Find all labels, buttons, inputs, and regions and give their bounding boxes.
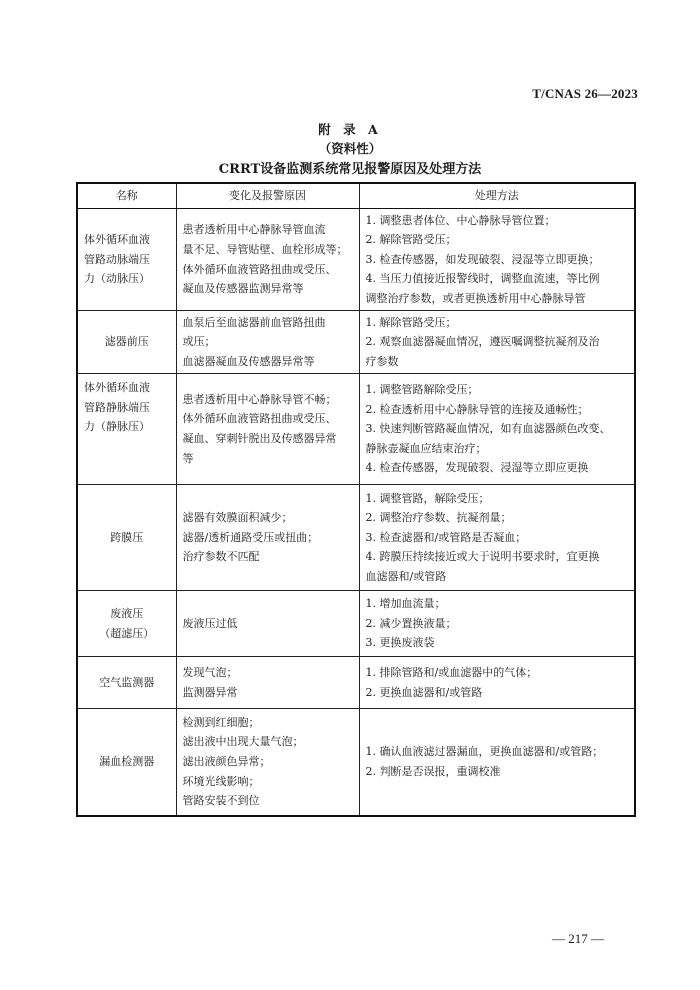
page-number: — 217 —	[528, 931, 628, 947]
text-line: 4. 检查传感器，发现破裂、浸湿等立即应更换	[366, 458, 629, 478]
text-line: 血泵后至血滤器前血管路扭曲	[183, 313, 353, 333]
text-line: 体外循环血液	[84, 378, 170, 398]
text-line: 滤器有效膜面积减少；	[183, 508, 353, 528]
text-line: 1. 增加血流量；	[366, 594, 629, 614]
cell-name: 跨膜压	[77, 485, 176, 591]
text-line: 空气监测器	[84, 673, 170, 693]
text-line: 发现气泡；	[183, 663, 353, 683]
text-line: 或压；	[183, 332, 353, 352]
text-line: 凝血及传感器监测异常等	[183, 279, 353, 299]
text-line: 2. 判断是否误报，重调校准	[366, 762, 629, 782]
cell-name: 体外循环血液 管路静脉端压 力（静脉压）	[77, 374, 176, 485]
table-row: 滤器前压 血泵后至血滤器前血管路扭曲 或压； 血滤器凝血及传感器异常等 1. 解…	[77, 311, 635, 374]
cell-name: 空气监测器	[77, 657, 176, 709]
cell-method: 1. 排除管路和/或血滤器中的气体； 2. 更换血滤器和/或管路	[359, 657, 635, 709]
text-line: 3. 更换废液袋	[366, 633, 629, 653]
table-row: 空气监测器 发现气泡； 监测器异常 1. 排除管路和/或血滤器中的气体； 2. …	[77, 657, 635, 709]
cell-name: 体外循环血液 管路动脉端压 力（动脉压）	[77, 209, 176, 311]
text-line: 治疗参数不匹配	[183, 547, 353, 567]
cell-name: 废液压 （超滤压）	[77, 591, 176, 657]
column-header-method: 处理方法	[359, 183, 635, 209]
text-line: 体外循环血液管路扭曲或受压、	[183, 409, 353, 429]
column-header-name: 名称	[77, 183, 176, 209]
table-title: CRRT设备监测系统常见报警原因及处理方法	[0, 158, 700, 177]
text-line: 环境光线影响；	[183, 772, 353, 792]
text-line: 疗参数	[366, 352, 629, 372]
appendix-subtitle: （资料性）	[0, 139, 700, 157]
cell-cause: 血泵后至血滤器前血管路扭曲 或压； 血滤器凝血及传感器异常等	[176, 311, 359, 374]
text-line: 量不足、导管贴壁、血栓形成等；	[183, 240, 353, 260]
text-line: 管路安装不到位	[183, 791, 353, 811]
text-line: 跨膜压	[84, 528, 170, 548]
text-line: 滤出液中出现大量气泡；	[183, 732, 353, 752]
text-line: 3. 快速判断管路凝血情况，如有血滤器颜色改变、	[366, 419, 629, 439]
table-header-row: 名称 变化及报警原因 处理方法	[77, 183, 635, 209]
cell-cause: 滤器有效膜面积减少； 滤器/透析通路受压或扭曲； 治疗参数不匹配	[176, 485, 359, 591]
cell-method: 1. 调整管路，解除受压； 2. 调整治疗参数、抗凝剂量； 3. 检查滤器和/或…	[359, 485, 635, 591]
text-line: 患者透析用中心静脉导管不畅；	[183, 390, 353, 410]
text-line: 2. 调整治疗参数、抗凝剂量；	[366, 508, 629, 528]
text-line: 废液压过低	[183, 614, 353, 634]
text-line: 1. 排除管路和/或血滤器中的气体；	[366, 663, 629, 683]
document-code: T/CNAS 26—2023	[532, 86, 638, 102]
text-line: 力（静脉压）	[84, 417, 170, 437]
cell-cause: 检测到红细胞； 滤出液中出现大量气泡； 滤出液颜色异常； 环境光线影响； 管路安…	[176, 709, 359, 816]
cell-method: 1. 确认血液滤过器漏血，更换血滤器和/或管路； 2. 判断是否误报，重调校准	[359, 709, 635, 816]
text-line: （超滤压）	[84, 624, 170, 644]
cell-method: 1. 增加血流量； 2. 减少置换液量； 3. 更换废液袋	[359, 591, 635, 657]
text-line: 2. 观察血滤器凝血情况，遵医嘱调整抗凝剂及治	[366, 332, 629, 352]
text-line: 4. 当压力值接近报警线时，调整血流速，等比例	[366, 269, 629, 289]
text-line: 血滤器和/或管路	[366, 567, 629, 587]
appendix-title: 附 录 A	[0, 120, 700, 138]
text-line: 凝血、穿刺针脱出及传感器异常	[183, 429, 353, 449]
alarm-table: 名称 变化及报警原因 处理方法 体外循环血液 管路动脉端压 力（动脉压） 患者透…	[76, 182, 636, 817]
text-line: 2. 减少置换液量；	[366, 614, 629, 634]
text-line: 调整治疗参数，或者更换透析用中心静脉导管	[366, 289, 629, 309]
text-line: 管路动脉端压	[84, 250, 170, 270]
text-line: 检测到红细胞；	[183, 713, 353, 733]
text-line: 3. 检查传感器，如发现破裂、浸湿等立即更换；	[366, 250, 629, 270]
table-row: 废液压 （超滤压） 废液压过低 1. 增加血流量； 2. 减少置换液量； 3. …	[77, 591, 635, 657]
cell-cause: 患者透析用中心静脉导管血流 量不足、导管贴壁、血栓形成等； 体外循环血液管路扭曲…	[176, 209, 359, 311]
table-row: 体外循环血液 管路静脉端压 力（静脉压） 患者透析用中心静脉导管不畅； 体外循环…	[77, 374, 635, 485]
text-line: 3. 检查滤器和/或管路是否凝血；	[366, 528, 629, 548]
cell-cause: 废液压过低	[176, 591, 359, 657]
text-line: 废液压	[84, 604, 170, 624]
cell-method: 1. 解除管路受压； 2. 观察血滤器凝血情况，遵医嘱调整抗凝剂及治 疗参数	[359, 311, 635, 374]
text-line: 力（动脉压）	[84, 269, 170, 289]
text-line: 1. 解除管路受压；	[366, 313, 629, 333]
text-line: 滤器前压	[84, 332, 170, 352]
text-line: 1. 确认血液滤过器漏血，更换血滤器和/或管路；	[366, 742, 629, 762]
text-line: 体外循环血液管路扭曲或受压、	[183, 260, 353, 280]
text-line: 2. 更换血滤器和/或管路	[366, 683, 629, 703]
table-row: 跨膜压 滤器有效膜面积减少； 滤器/透析通路受压或扭曲； 治疗参数不匹配 1. …	[77, 485, 635, 591]
text-line: 1. 调整管路，解除受压；	[366, 489, 629, 509]
column-header-cause: 变化及报警原因	[176, 183, 359, 209]
text-line: 血滤器凝血及传感器异常等	[183, 352, 353, 372]
text-line: 滤出液颜色异常；	[183, 752, 353, 772]
cell-method: 1. 调整管路解除受压； 2. 检查透析用中心静脉导管的连接及通畅性； 3. 快…	[359, 374, 635, 485]
text-line: 管路静脉端压	[84, 398, 170, 418]
cell-name: 滤器前压	[77, 311, 176, 374]
text-line: 体外循环血液	[84, 230, 170, 250]
table-row: 体外循环血液 管路动脉端压 力（动脉压） 患者透析用中心静脉导管血流 量不足、导…	[77, 209, 635, 311]
text-line: 2. 解除管路受压；	[366, 230, 629, 250]
cell-cause: 发现气泡； 监测器异常	[176, 657, 359, 709]
text-line: 监测器异常	[183, 683, 353, 703]
text-line: 患者透析用中心静脉导管血流	[183, 220, 353, 240]
table-row: 漏血检测器 检测到红细胞； 滤出液中出现大量气泡； 滤出液颜色异常； 环境光线影…	[77, 709, 635, 816]
text-line: 1. 调整患者体位、中心静脉导管位置；	[366, 211, 629, 231]
cell-method: 1. 调整患者体位、中心静脉导管位置； 2. 解除管路受压； 3. 检查传感器，…	[359, 209, 635, 311]
text-line: 静脉壶凝血应结束治疗；	[366, 439, 629, 459]
text-line: 1. 调整管路解除受压；	[366, 380, 629, 400]
text-line: 等	[183, 449, 353, 469]
cell-name: 漏血检测器	[77, 709, 176, 816]
text-line: 4. 跨膜压持续接近或大于说明书要求时，宜更换	[366, 547, 629, 567]
text-line: 漏血检测器	[84, 752, 170, 772]
text-line: 滤器/透析通路受压或扭曲；	[183, 528, 353, 548]
text-line: 2. 检查透析用中心静脉导管的连接及通畅性；	[366, 400, 629, 420]
cell-cause: 患者透析用中心静脉导管不畅； 体外循环血液管路扭曲或受压、 凝血、穿刺针脱出及传…	[176, 374, 359, 485]
